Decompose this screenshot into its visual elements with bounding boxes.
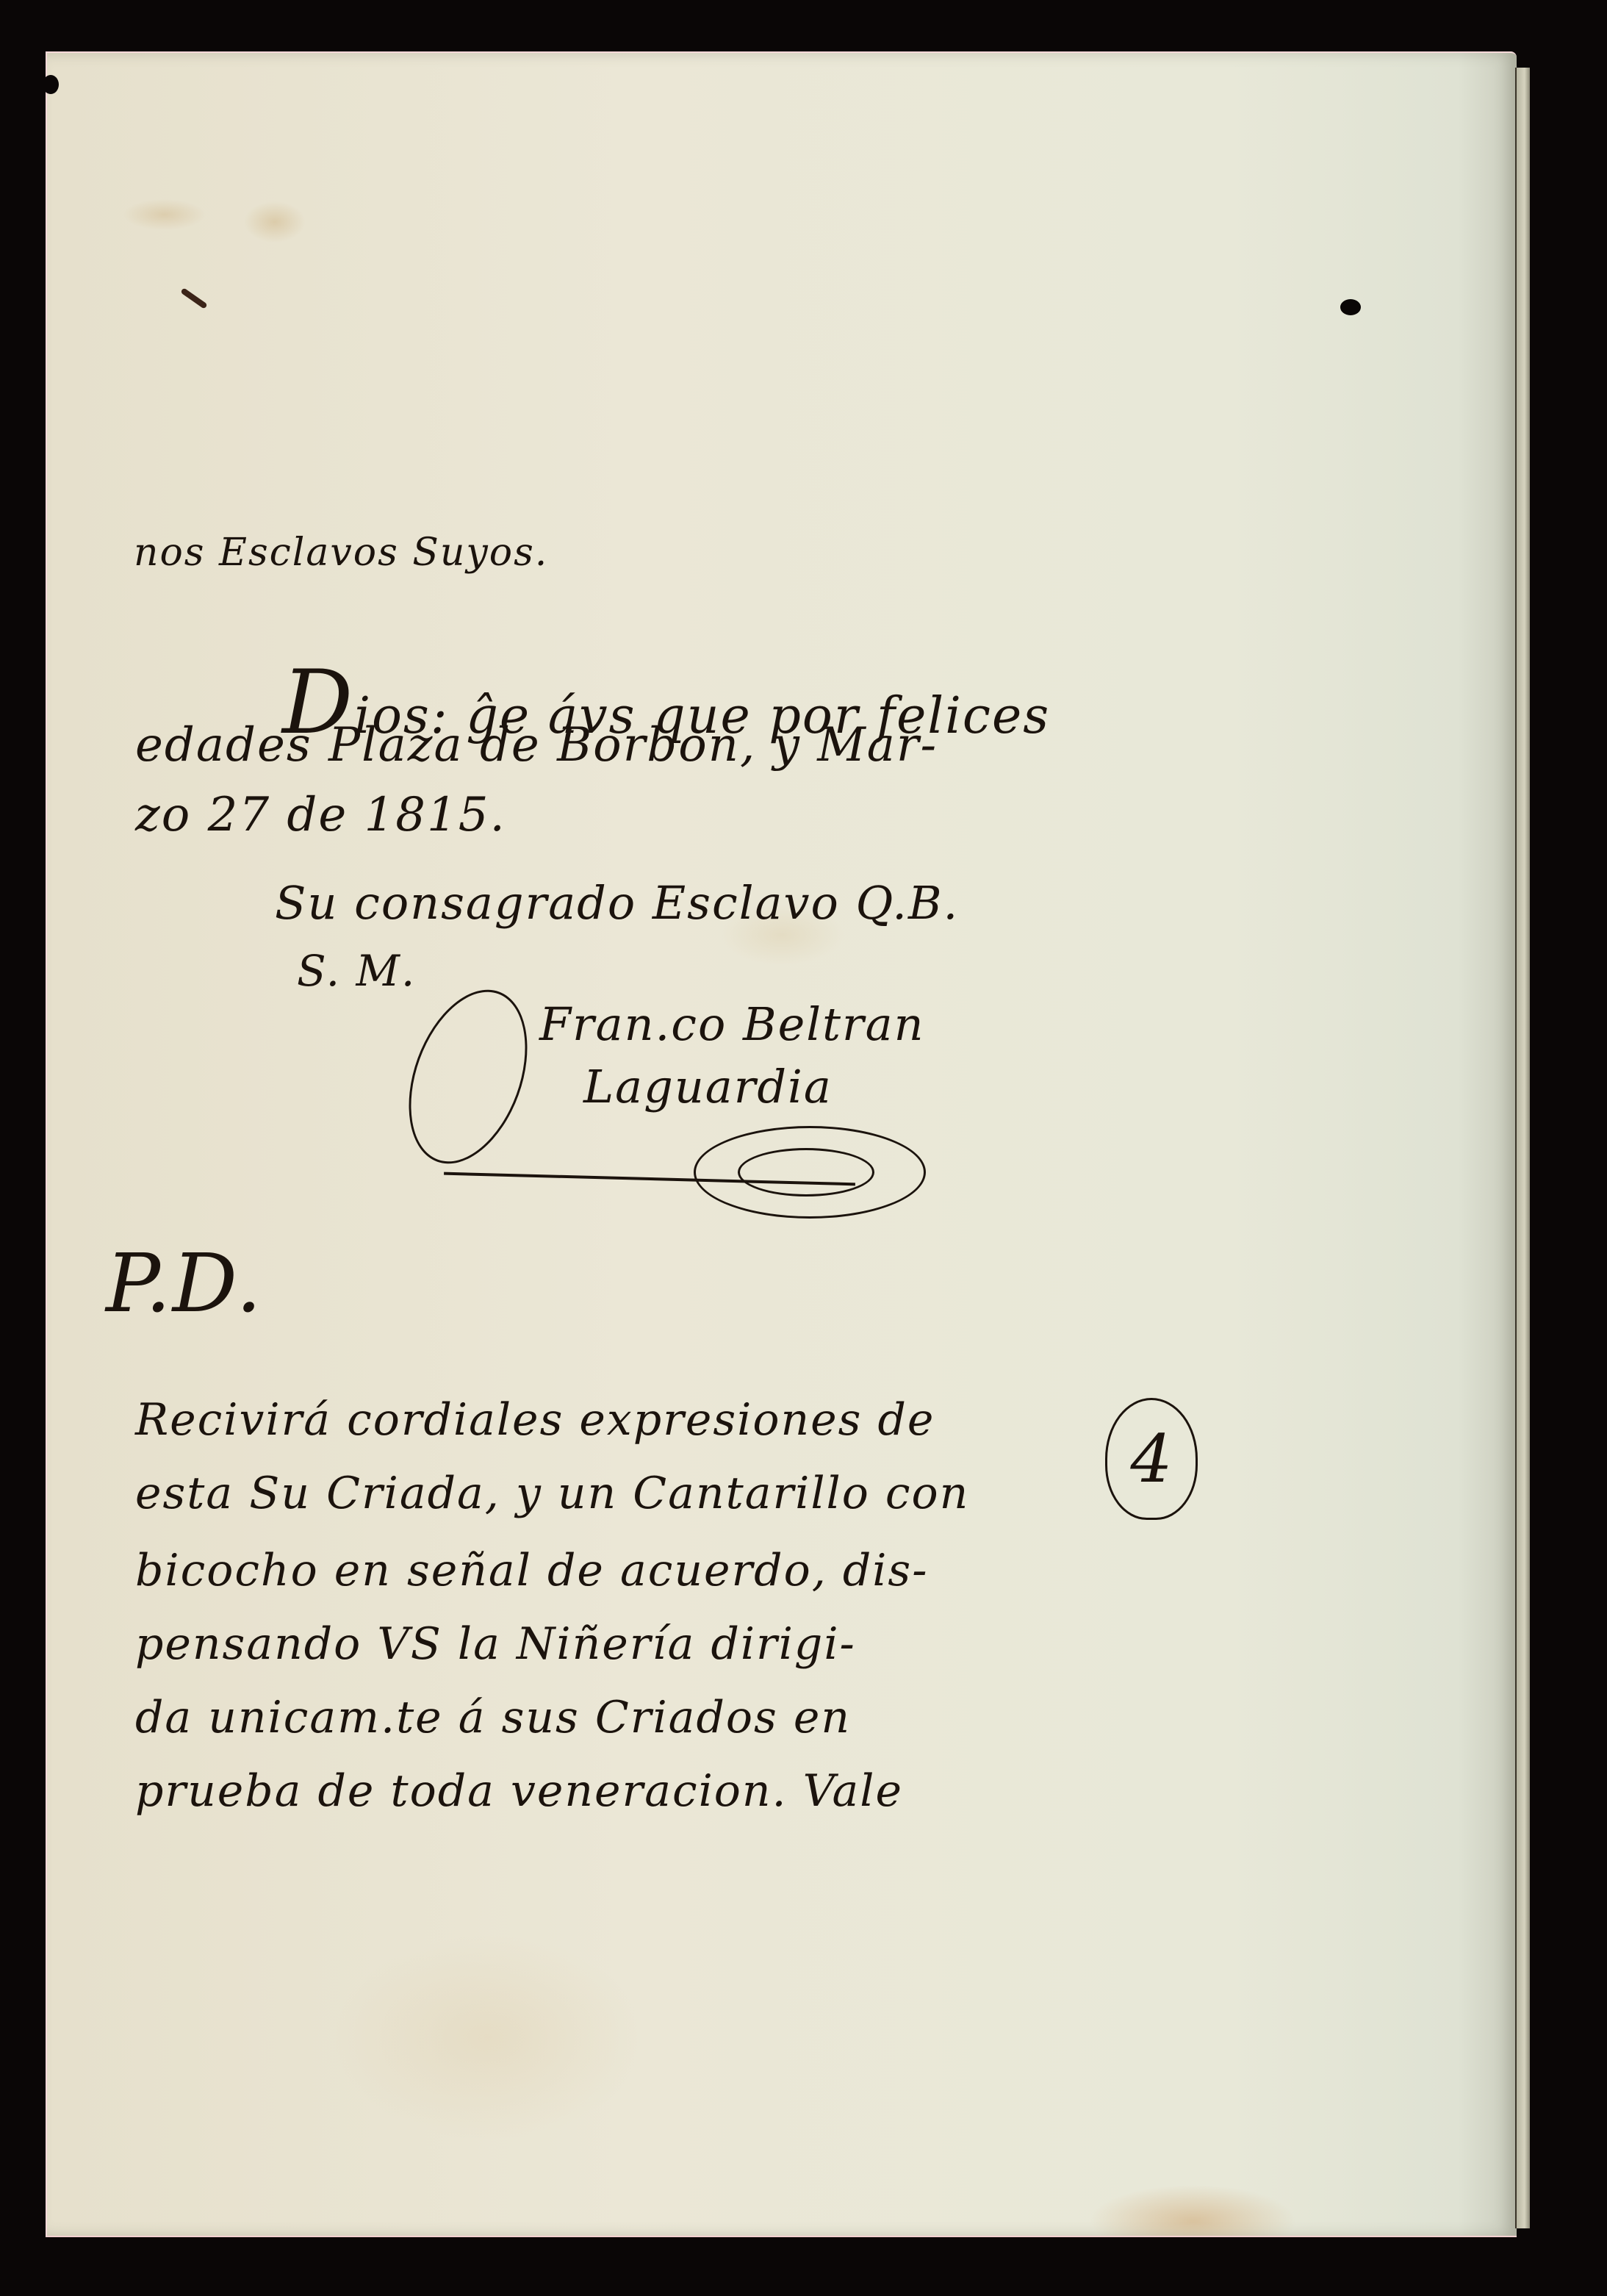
closing-line-3-place: edades Plaza de Borbon, y Mar- [135,718,938,772]
closing-line-1: nos Esclavos Suyos. [134,531,548,575]
ink-stroke-mark [180,287,207,309]
circled-margin-number: 4 [1105,1398,1198,1520]
signature-surname: Laguardia [583,1060,833,1113]
postscript-line: prueba de toda veneracion. Vale [135,1765,903,1817]
closing-line-5: Su consagrado Esclavo Q.B. [275,876,959,930]
ink-blot-top-right [1340,299,1361,315]
rubric-inner-oval [738,1148,874,1197]
postscript-marker: P.D. [106,1236,263,1330]
signature-flourish-loop [387,973,549,1180]
closing-line-6: S. M. [297,946,416,996]
postscript-line: bicocho en señal de acuerdo, dis- [135,1545,929,1596]
postscript-line: esta Su Criada, y un Cantarillo con [135,1468,969,1519]
closing-line-4-date: zo 27 de 1815. [135,788,506,842]
manuscript-page: nos Esclavos Suyos. Dios: ĝe ávs que por… [46,51,1517,2237]
postscript-line: pensando VS la Niñería dirigi- [135,1618,856,1670]
torn-hole-top-left [43,75,59,94]
page-binding-edge [1515,68,1530,2228]
signature-name: Fran.co Beltran [539,997,925,1051]
postscript-line: Recivirá cordiales expresiones de [135,1394,935,1446]
postscript-line: da unicam.te á sus Criados en [135,1692,851,1743]
